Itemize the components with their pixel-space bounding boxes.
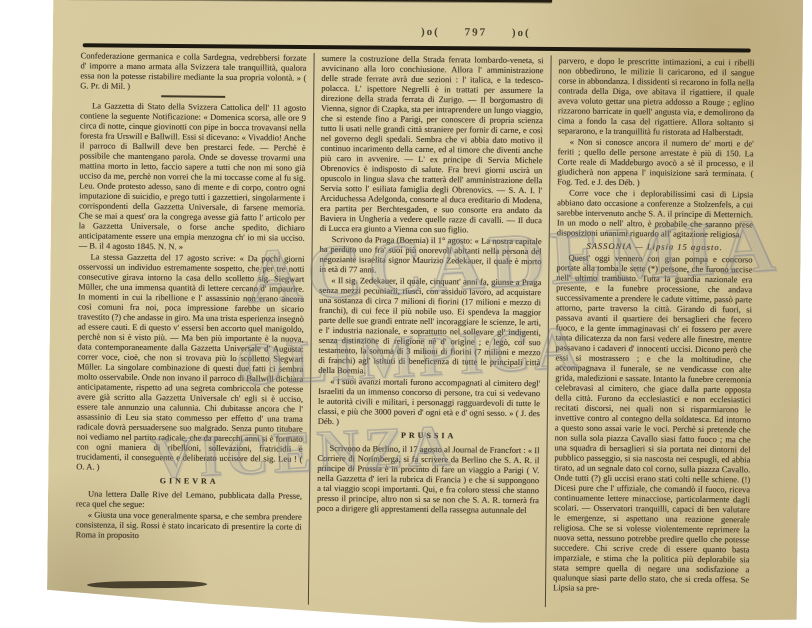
newspaper-sheet: )o( 797 )o( Confederazione germanica e c… (47, 0, 804, 626)
column-center: sumere la costruzione della Strada ferra… (308, 53, 551, 607)
section-heading: GINEVRA (76, 475, 302, 487)
paragraph-separator (161, 95, 225, 97)
right-ornament: )o( (512, 27, 531, 39)
article-paragraph: Scrivono da Praga (Boemia) il 1° agosto:… (319, 234, 541, 276)
article-paragraph: « Il sig. Zedekauer, il quale, cinquant'… (318, 275, 541, 377)
page-number: 797 (465, 26, 488, 38)
article-paragraph: La stessa Gazzetta del 17 agosto scrive:… (76, 251, 304, 473)
article-paragraph: parvero, e dopo le prescritte intimazion… (558, 55, 755, 137)
article-paragraph: Scrivono da Berlino, il 17 agosto al Jou… (317, 443, 540, 515)
article-paragraph: « Giusta una voce generalmente sparsa, e… (76, 509, 302, 541)
article-paragraph: Quest' oggi vennero con gran pompa e con… (553, 252, 753, 594)
dateline: SASSONIA — Lipsia 15 agosto. (557, 240, 753, 252)
scan-top-edge (67, 0, 552, 2)
section-heading: PRUSSIA (318, 430, 540, 442)
article-paragraph: sumere la costruzione della Strada ferra… (320, 53, 544, 235)
article-paragraph: Confederazione germanica e colla Sardegn… (80, 50, 306, 92)
article-paragraph: Corre voce che i deplorabilissimi casi d… (557, 187, 754, 239)
column-right: parvero, e dopo le prescritte intimazion… (545, 55, 757, 609)
article-paragraph: Una lettera Dalle Rive del Lemano, pubbl… (76, 488, 302, 510)
article-paragraph: « Non si conosce ancora il numero de' mo… (557, 136, 754, 188)
article-paragraph: « I suoi avanzi mortali furono accompagn… (318, 376, 541, 428)
scanned-newspaper-page: )o( 797 )o( Confederazione germanica e c… (0, 0, 812, 628)
left-ornament: )o( (421, 26, 440, 38)
article-paragraph: La Gazzetta di Stato della Svizzera Catt… (79, 100, 307, 252)
article-columns: Confederazione germanica e colla Sardegn… (75, 50, 757, 609)
page-header: )o( 797 )o( (53, 22, 803, 42)
column-left: Confederazione germanica e colla Sardegn… (75, 50, 314, 604)
